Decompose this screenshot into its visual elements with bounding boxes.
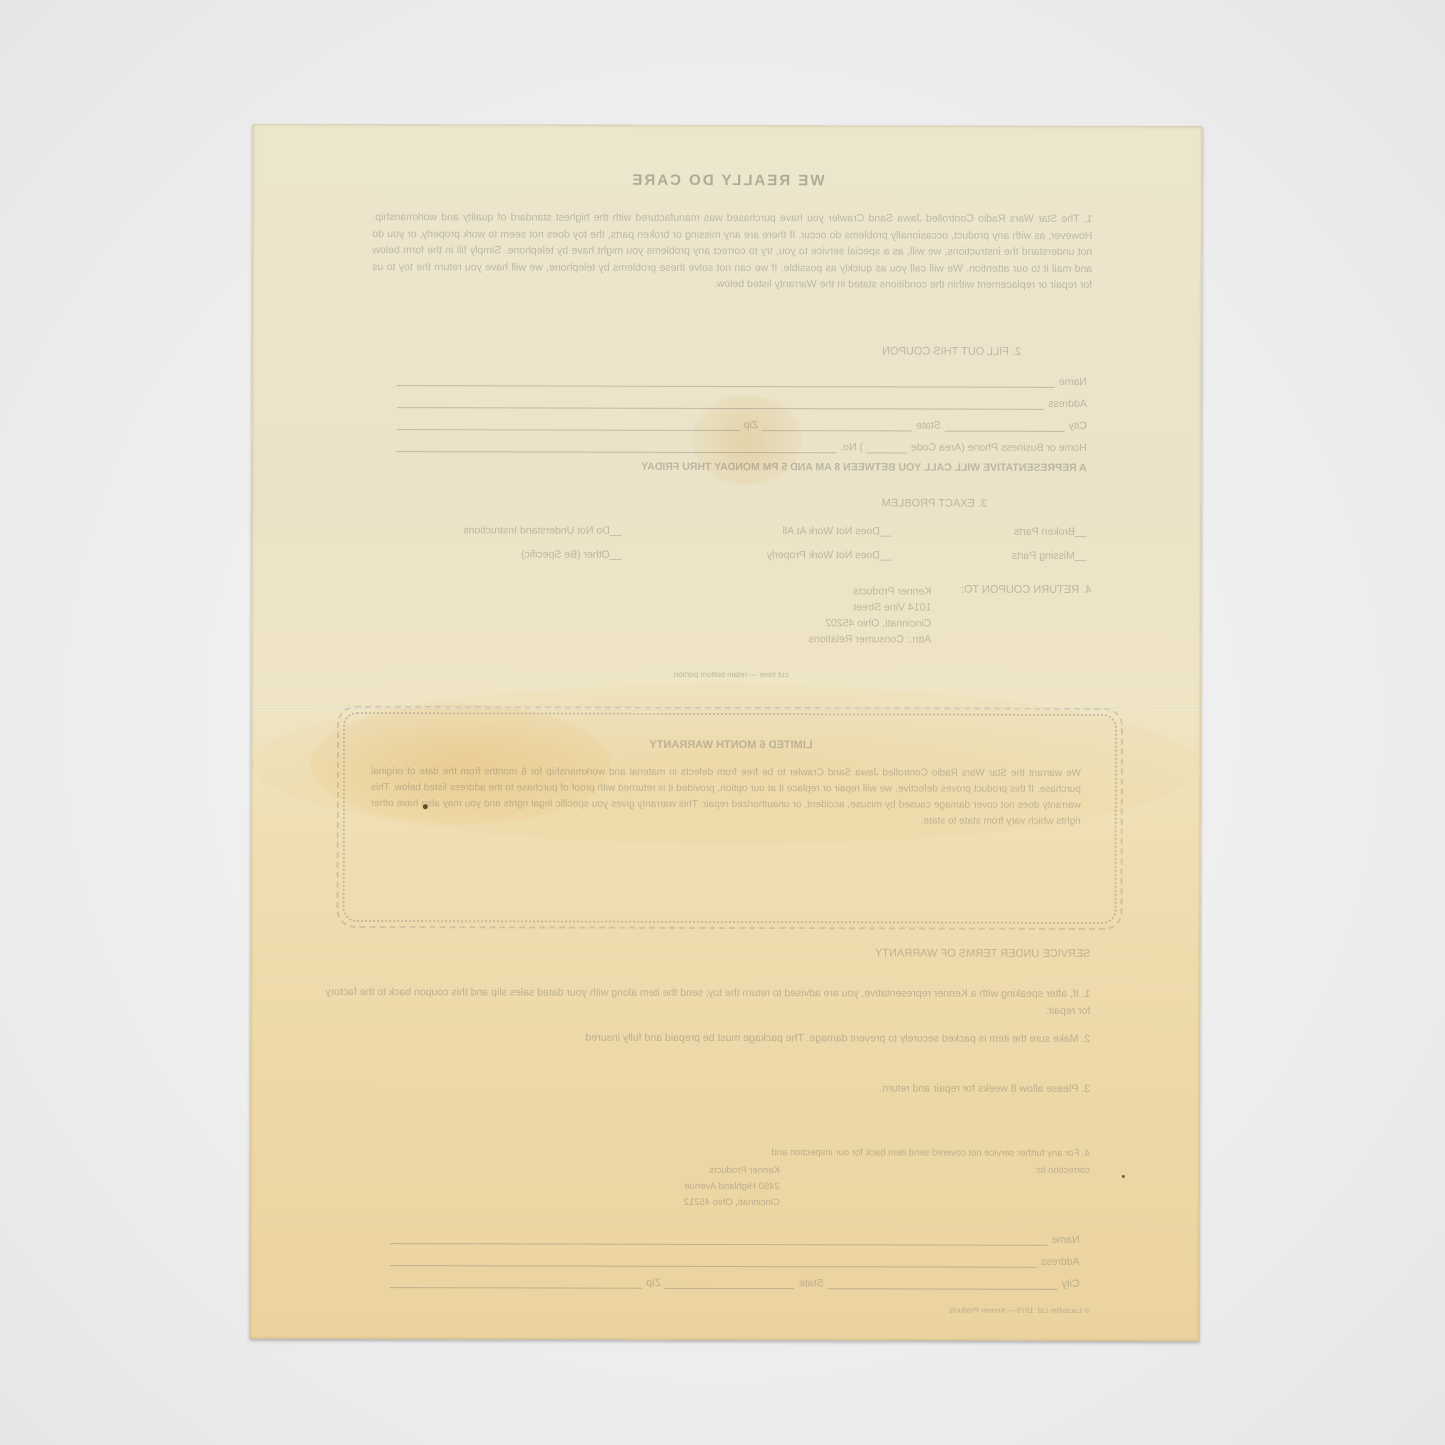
- service-address: Kenner Products 2450 Highland Avenue Cin…: [630, 1163, 780, 1211]
- service-item-2: 2. Make sure the item is packed securely…: [310, 1029, 1090, 1048]
- section-1-text: 1. The Star Wars Radio Controlled Jawa S…: [372, 209, 1092, 293]
- paper-hole: [423, 804, 428, 809]
- option-missing-parts: __Missing Parts: [986, 550, 1086, 562]
- warranty-heading: LIMITED 6 MONTH WARRANTY: [551, 739, 911, 752]
- service-heading: SERVICE UNDER TERMS OF WARRANTY: [770, 947, 1090, 960]
- city-state-zip-field: City State Zip: [397, 418, 1087, 432]
- section-4-heading: 4. RETURN COUPON TO:: [951, 584, 1091, 596]
- option-not-properly: __Does Not Work Properly: [721, 549, 891, 561]
- phone-field: Home or Business Phone (Area Code ) No.: [397, 440, 1087, 454]
- paper-speck: [1122, 1175, 1125, 1178]
- doc-title: WE REALLY DO CARE: [252, 171, 1202, 190]
- service-address-field: Address: [390, 1254, 1080, 1268]
- address-field: Address: [397, 396, 1087, 410]
- service-name-field: Name: [390, 1232, 1080, 1246]
- service-item-4: 4. For any further service not covered s…: [770, 1145, 1090, 1179]
- option-does-not-work: __Does Not Work At All: [742, 525, 892, 537]
- paper-sheet: WE REALLY DO CARE 1. The Star Wars Radio…: [249, 124, 1202, 1341]
- footer-fine-print: © Lucasfilm Ltd. 1979 — Kenner Products: [309, 1304, 1089, 1315]
- option-instructions: __Do Not Understand Instructions: [392, 524, 622, 537]
- callback-notice: A REPRESENTATIVE WILL CALL YOU BETWEEN 8…: [417, 460, 1087, 474]
- option-broken-parts: __Broken Parts: [987, 526, 1087, 538]
- name-field: Name: [397, 374, 1087, 388]
- show-through-text: WE REALLY DO CARE 1. The Star Wars Radio…: [249, 124, 1202, 1341]
- option-other: __Other (Be Specific): [476, 548, 621, 560]
- return-address: Kenner Products 1014 Vine Street Cincinn…: [761, 583, 931, 647]
- section-3-heading: 3. EXACT PROBLEM: [882, 497, 1082, 510]
- section-2-heading: 2. FILL OUT THIS COUPON: [882, 345, 1082, 358]
- service-item-3: 3. Please allow 8 weeks for repair and r…: [790, 1080, 1090, 1097]
- cut-line-label: cut here — retain bottom portion: [631, 670, 831, 680]
- service-item-1: 1. If, after speaking with a Kenner repr…: [310, 984, 1090, 1019]
- service-city-field: City State Zip: [390, 1276, 1080, 1290]
- warranty-text: We warrant the Star Wars Radio Controlle…: [371, 764, 1081, 830]
